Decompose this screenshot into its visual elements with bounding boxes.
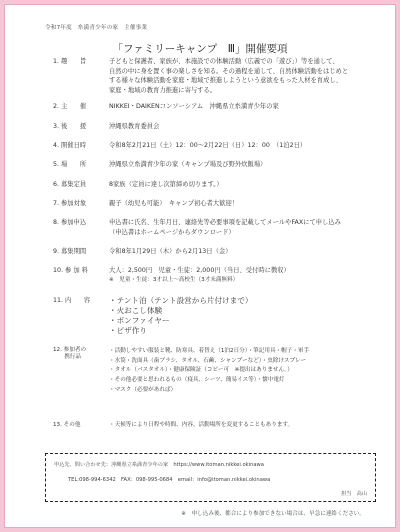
section-text: ・天候等により日程や時間、内容、活動場所を変更することもあります。 (109, 421, 400, 431)
section-label: 9. 募集期間 (53, 247, 105, 257)
list-item: ・ピザ作り (109, 326, 400, 336)
section-text: 8家族（定員に達し次第締め切ります。） (109, 180, 400, 190)
list-item: ・水筒・洗面具（歯ブラシ、タオル、石鹸、シャンプーなど）・虫除けスプレー (109, 357, 400, 367)
list-item: ・火おこし体験 (109, 306, 400, 316)
section-text: 沖縄県立糸満青少年の家（キャンプ場及び野外炊飯場） (109, 160, 400, 170)
contact-phone-email: TEL:098-994-6342 FAX：098-995-0684 email：… (68, 476, 270, 483)
section-label: 5. 場 所 (53, 160, 105, 170)
section-text: 令和8年2月21日（土）12：00〜2月22日（日）12：00 （1泊2日） (109, 141, 400, 151)
contact-address: 申込先、問い合わせ先：沖縄県立糸満青少年の家 https://www.itoma… (54, 461, 264, 468)
section-text: 大人：2,500円 児童・生徒：2,000円（当日、受付時に徴収） (109, 266, 400, 276)
document-page: 令和7年度 糸満青少年の家 主催事業 「ファミリーキャンプ Ⅲ」開催要項 1. … (4, 4, 396, 528)
section-text: ※ 児童・生徒：3才以上〜高校生（3才未満無料） (109, 276, 400, 286)
section-label: 6. 募集定員 (53, 180, 105, 190)
list-item: ・ボンファイヤー (109, 316, 400, 326)
section-label: 4. 開催日時 (53, 141, 105, 151)
list-item: ・テント泊（テント設営から片付けまで） (109, 296, 400, 306)
organizer-line: 令和7年度 糸満青少年の家 主催事業 (45, 23, 147, 31)
section-label: 8. 参加申込 (53, 218, 105, 228)
section-text: 自然の中に身を置く事の楽しさを知る。その過程を通して、自然体験活動をはじめと (109, 67, 400, 77)
section-label: 3. 後 援 (53, 122, 105, 132)
section-label: 13. その他 (53, 421, 105, 431)
contact-person: 担当 高山 (341, 490, 367, 497)
section-text: 申込書に氏名、生年月日、連絡先等必要事項を記載してメールやFAXにて申し込み (109, 218, 400, 228)
section-text: する様々な体験活動を家庭・地域で推進しようという意欲をもった人材を育成し、 (109, 76, 400, 86)
section-label: 7. 参加対象 (53, 199, 105, 209)
contact-box: 申込先、問い合わせ先：沖縄県立糸満青少年の家 https://www.itoma… (45, 453, 376, 502)
section-label: 1. 趣 旨 (53, 57, 105, 67)
section-text: 沖縄県教育委員会 (109, 122, 400, 132)
list-item: ・タオル（バスタオル）・健康保険証（コピー可 ※提出はありません。） (109, 366, 400, 376)
section-text: NIKKEI・DAIKENコンソーシアム 沖縄県立糸満青少年の家 (109, 102, 400, 112)
page-title: 「ファミリーキャンプ Ⅲ」開催要項 (5, 41, 395, 56)
section-label: 11. 内 容 (53, 296, 105, 306)
section-label: 10. 参 加 料 (53, 266, 105, 276)
list-item: ・活動しやすい服装と靴、防寒具、着替え（1泊2日分）・筆記用具・帽子・軍手 (109, 347, 400, 357)
section-text: 家庭・地域の教育力推進に寄与する。 (109, 86, 400, 96)
section-label: 12. 参加者の 携行品 (53, 347, 105, 361)
section-text: 親子（幼児も可能） キャンプ初心者大歓迎！ (109, 199, 400, 209)
list-item: ・その他必要と思われるもの（寝具、シーツ、簡易イス等）・懐中電灯 (109, 376, 400, 386)
section-text: （申込書はホームページからダウンロード） (109, 228, 400, 238)
cancellation-note: ※ 申し込み後、都合により参加できない場合は、早急に連絡ください。 (181, 509, 365, 517)
list-item: ・マスク（必要があれば） (109, 386, 400, 396)
section-label: 2. 主 催 (53, 102, 105, 112)
section-text: 令和8年1月29日（木）から2月13日（金） (109, 247, 400, 257)
section-text: 子どもと保護者、家族が、本施設での体験活動（広義での「遊び」）等を通して、 (109, 57, 400, 67)
